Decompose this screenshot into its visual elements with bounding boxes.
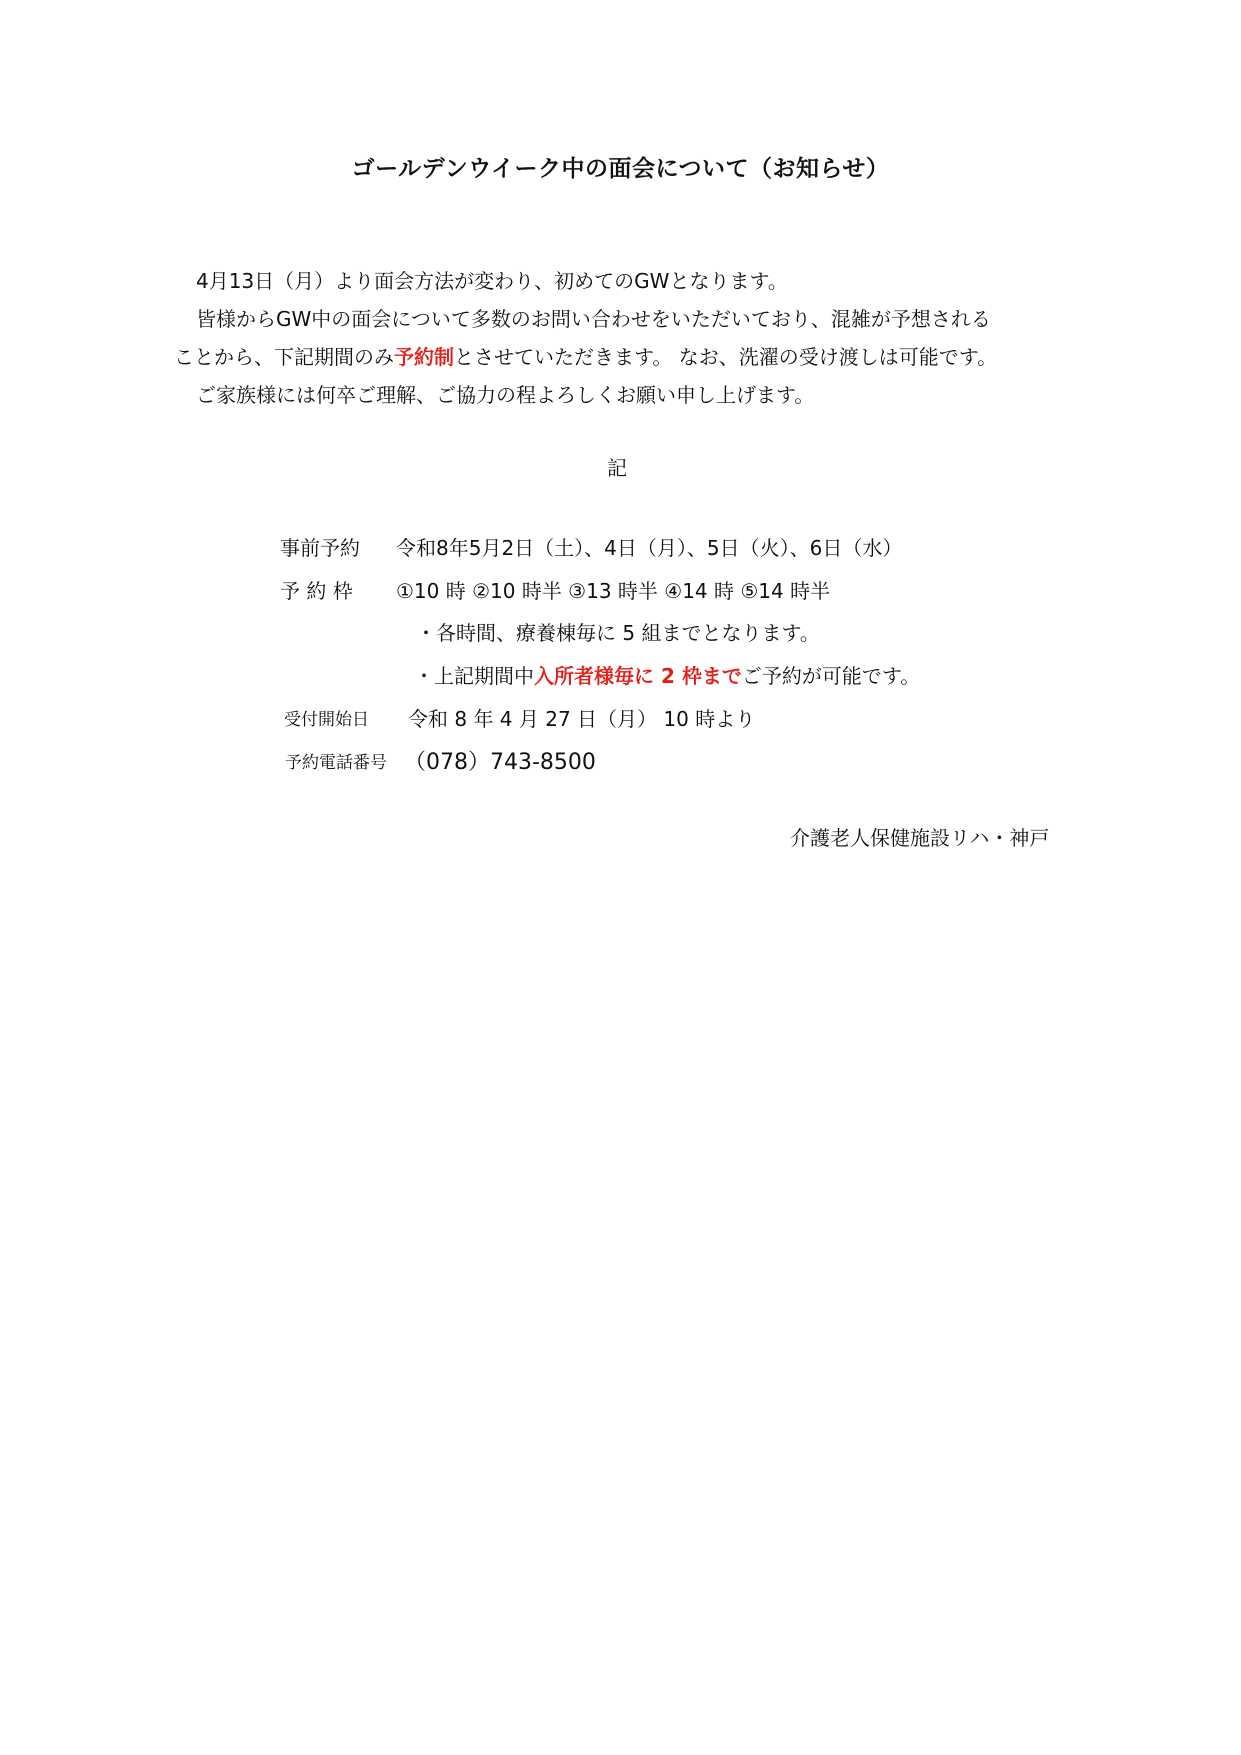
paragraph-3: ことから、下記期間のみ予約制とさせていただきます。 なお、洗濯の受け渡しは可能で… <box>174 341 997 370</box>
note-2-before: ・上記期間中 <box>414 664 534 688</box>
slots-value: ①10 時 ②10 時半 ③13 時半 ④14 時 ⑤14 時半 <box>396 575 830 604</box>
document-title: ゴールデンウイーク中の面会について（お知らせ） <box>0 150 1241 183</box>
advance-booking-value: 令和8年5月2日（土）、4日（月）、5日（火）、6日（水） <box>396 532 902 561</box>
paragraph-1: 4月13日（月）より面会方法が変わり、初めてのGWとなります。 <box>196 265 788 294</box>
paragraph-3-before: ことから、下記期間のみ <box>174 345 394 369</box>
paragraph-2: 皆様からGW中の面会について多数のお問い合わせをいただいており、混雑が予想される <box>196 303 991 332</box>
reception-start-value: 令和 8 年 4 月 27 日（月） 10 時より <box>408 703 755 732</box>
paragraph-4: ご家族様には何卒ご理解、ご協力の程よろしくお願い申し上げます。 <box>196 379 814 408</box>
ki-heading: 記 <box>607 452 627 481</box>
phone-label: 予約電話番号 <box>285 748 387 773</box>
signature: 介護老人保健施設リハ・神戸 <box>790 822 1049 851</box>
note-1: ・各時間、療養棟毎に 5 組までとなります。 <box>416 617 820 646</box>
advance-booking-label: 事前予約 <box>280 532 360 561</box>
paragraph-3-after: とさせていただきます。 なお、洗濯の受け渡しは可能です。 <box>454 345 997 369</box>
phone-value: （078）743-8500 <box>404 745 596 776</box>
reception-start-label: 受付開始日 <box>284 705 369 730</box>
slots-label: 予 約 枠 <box>280 575 353 604</box>
reservation-system-highlight: 予約制 <box>394 345 454 369</box>
note-2-after: ご予約が可能です。 <box>742 664 920 688</box>
note-2: ・上記期間中入所者様毎に 2 枠までご予約が可能です。 <box>414 660 920 689</box>
note-2-highlight: 入所者様毎に 2 枠まで <box>534 664 742 688</box>
